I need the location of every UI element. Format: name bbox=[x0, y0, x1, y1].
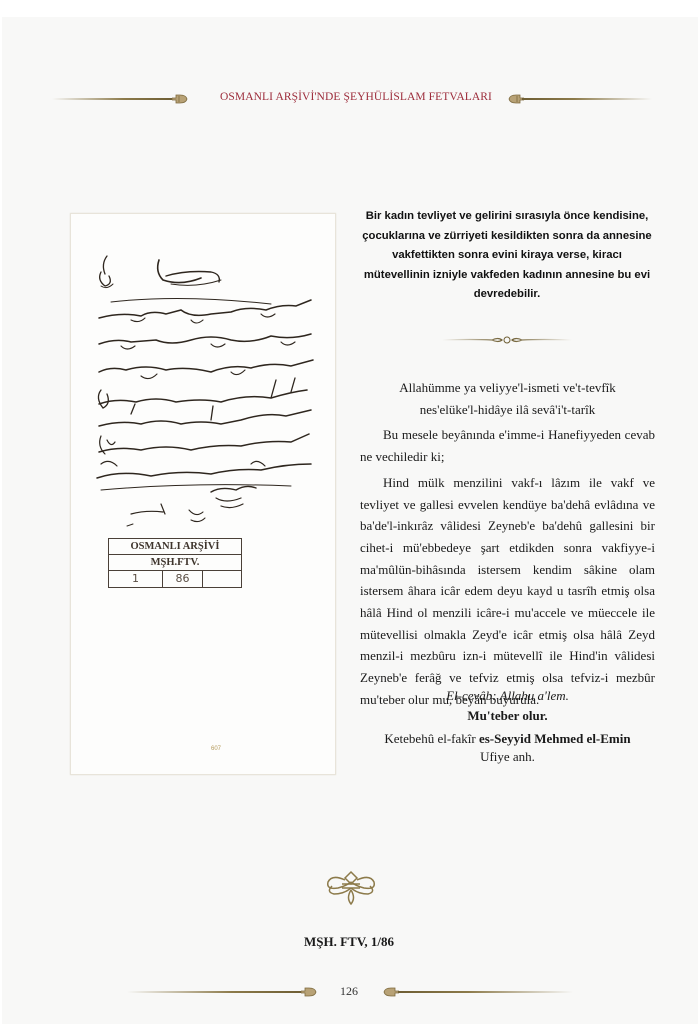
finial-ornament-icon bbox=[383, 986, 399, 998]
running-header: OSMANLI ARŞİVİ'NDE ŞEYHÜLİSLAM FETVALARI bbox=[0, 88, 698, 110]
header-title: OSMANLI ARŞİVİ'NDE ŞEYHÜLİSLAM FETVALARI bbox=[206, 91, 506, 103]
svg-text:607: 607 bbox=[211, 746, 222, 752]
signature-prefix: Ketebehû el-fakîr bbox=[384, 731, 479, 746]
invocation-line-1: Allahümme ya veliyye'l-ismeti ve't-tevfî… bbox=[399, 380, 616, 395]
header-rule-right bbox=[522, 98, 652, 100]
stamp-folder-number: 1 bbox=[109, 571, 163, 587]
fatwa-summary: Bir kadın tevliyet ve gelirini sırasıyla… bbox=[362, 207, 652, 305]
question-intro: Bu mesele beyânında e'imme-i Hanefiyyede… bbox=[360, 424, 655, 467]
signature: Ketebehû el-fakîr es-Seyyid Mehmed el-Em… bbox=[360, 730, 655, 765]
invocation: Allahümme ya veliyye'l-ismeti ve't-tevfî… bbox=[360, 377, 655, 420]
finial-ornament-icon bbox=[301, 986, 317, 998]
page-number: 126 bbox=[330, 984, 368, 999]
answer-intro: El-cevâb: Allahu a'lem. bbox=[360, 687, 655, 705]
page-footer: 126 bbox=[0, 982, 698, 1002]
question-text: Hind mülk menzilini vakf-ı lâzım ile vak… bbox=[360, 472, 655, 711]
invocation-line-2: nes'elüke'l-hidâye ilâ sevâ'i't-tarîk bbox=[420, 402, 595, 417]
fatwa-body: Allahümme ya veliyye'l-ismeti ve't-tevfî… bbox=[360, 377, 655, 711]
stamp-document-number: 86 bbox=[163, 571, 203, 587]
answer-text: Mu'teber olur. bbox=[360, 707, 655, 725]
signature-suffix: Ufiye anh. bbox=[480, 749, 535, 764]
section-divider-icon bbox=[432, 334, 582, 346]
manuscript-image: 607 OSMANLI ARŞİVİ MŞH.FTV. 1 86 bbox=[70, 213, 336, 775]
handwriting-image: 607 bbox=[71, 214, 335, 774]
knot-ornament-icon bbox=[322, 868, 380, 908]
footer-rule-left bbox=[127, 991, 302, 993]
footer-rule-right bbox=[398, 991, 573, 993]
header-rule-left bbox=[52, 98, 172, 100]
stamp-collection: MŞH.FTV. bbox=[109, 555, 241, 571]
archive-stamp: OSMANLI ARŞİVİ MŞH.FTV. 1 86 bbox=[108, 538, 242, 588]
finial-ornament-icon bbox=[172, 93, 188, 105]
stamp-numbers: 1 86 bbox=[109, 571, 241, 587]
answer-block: El-cevâb: Allahu a'lem. Mu'teber olur. K… bbox=[360, 687, 655, 765]
signature-name: es-Seyyid Mehmed el-Emin bbox=[479, 731, 631, 746]
archive-reference: MŞH. FTV, 1/86 bbox=[0, 934, 698, 950]
stamp-empty-cell bbox=[203, 571, 241, 587]
stamp-archive-name: OSMANLI ARŞİVİ bbox=[109, 539, 241, 555]
